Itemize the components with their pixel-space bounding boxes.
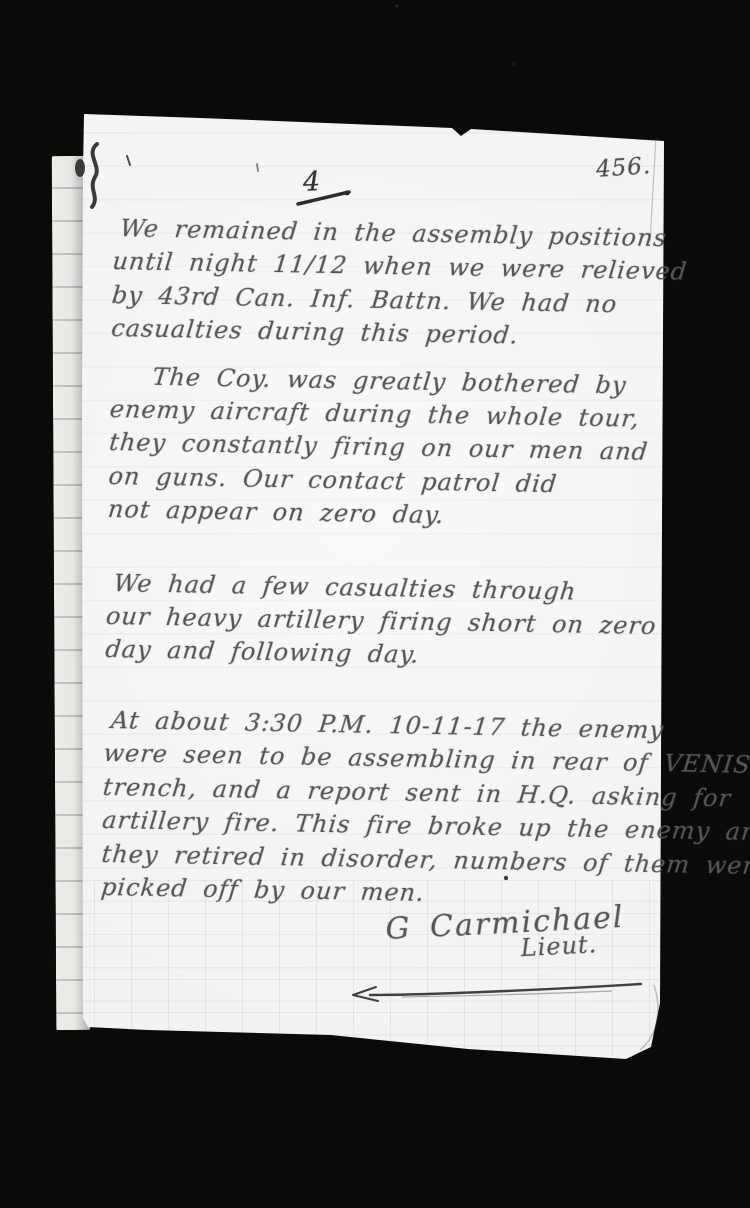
handwritten-body: We remained in the assembly positions un… bbox=[99, 212, 672, 914]
dust-speck bbox=[513, 63, 515, 65]
dust-speck bbox=[396, 5, 399, 8]
handwritten-paragraph: At about 3:30 P.M. 10-11-17 the enemy we… bbox=[99, 704, 663, 915]
photo-background: { "photo": { "background_color": "#0a0a0… bbox=[0, 0, 750, 1208]
folio-number: 456. bbox=[595, 153, 652, 183]
handwritten-paragraph: We remained in the assembly positions un… bbox=[110, 212, 672, 356]
handwritten-paragraph: We had a few casualties through our heav… bbox=[104, 567, 666, 677]
handwritten-paragraph: The Coy. was greatly bothered by enemy a… bbox=[106, 360, 669, 537]
page-number: 4 bbox=[302, 167, 321, 199]
